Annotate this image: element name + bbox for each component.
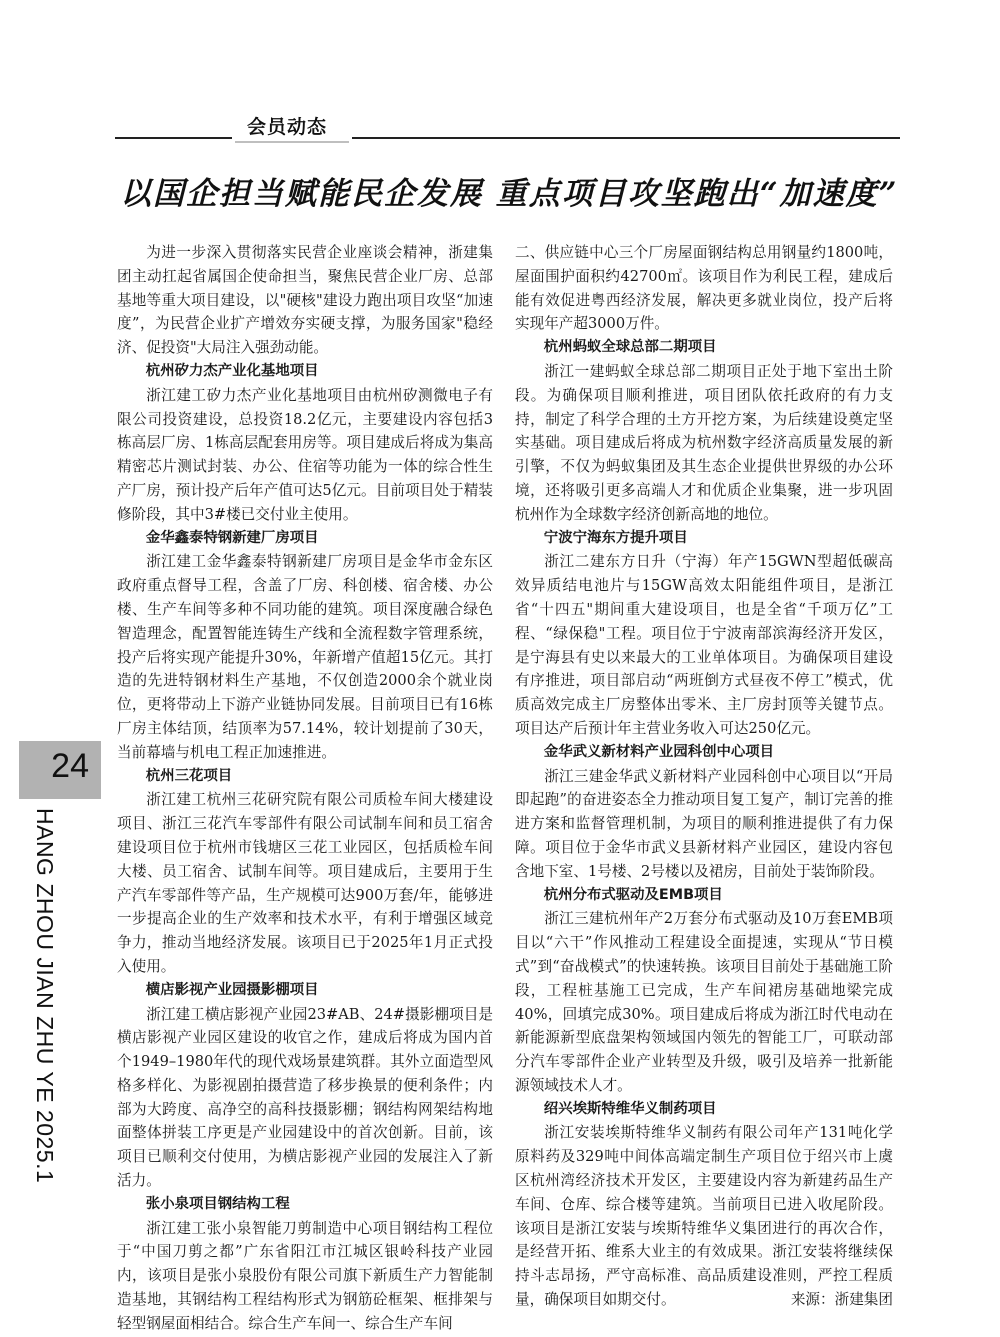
project-body: 浙江三建金华武义新材料产业园科创中心项目以“开局即起跑”的奋进姿态全力推动项目复… xyxy=(515,765,893,884)
header-rule-right xyxy=(352,137,900,139)
magazine-name-vertical: HANG ZHOU JIAN ZHU YE 2025.1 xyxy=(31,808,58,1183)
project-body: 浙江一建蚂蚁全球总部二期项目正处于地下室出土阶段。为确保项目顺利推进，项目团队依… xyxy=(515,360,893,527)
header-rule-left xyxy=(115,137,232,139)
project-body: 浙江安装埃斯特维华义制药有限公司年产131吨化学原料药及329吨中间体高端定制生… xyxy=(515,1121,893,1311)
project-body: 浙江三建杭州年产2万套分布式驱动及10万套EMB项目以“六干”作风推动工程建设全… xyxy=(515,907,893,1097)
page-number-box: 24 xyxy=(19,741,101,799)
section-header: 会员动态 xyxy=(115,108,900,148)
project-title: 杭州三花项目 xyxy=(117,765,493,789)
project-title: 宁波宁海东方提升项目 xyxy=(515,527,893,551)
section-label: 会员动态 xyxy=(247,112,327,139)
article-column-right: 二、供应链中心三个厂房屋面钢结构总用钢量约1800吨，屋面围护面积约42700㎡… xyxy=(515,241,893,1312)
project-title: 杭州蚂蚁全球总部二期项目 xyxy=(515,336,893,360)
project-body: 浙江二建东方日升（宁海）年产15GWN型超低碳高效异质结电池片与15GW高效太阳… xyxy=(515,550,893,740)
article-headline: 以国企担当赋能民企发展 重点项目攻坚跑出“加速度” xyxy=(120,168,910,213)
project-body-continuation: 二、供应链中心三个厂房屋面钢结构总用钢量约1800吨，屋面围护面积约42700㎡… xyxy=(515,241,893,336)
project-body: 浙江建工横店影视产业园23#AB、24#摄影棚项目是横店影视产业园区建设的收官之… xyxy=(117,1003,493,1193)
project-title: 金华鑫泰特钢新建厂房项目 xyxy=(117,527,493,551)
project-title: 横店影视产业园摄影棚项目 xyxy=(117,979,493,1003)
project-title: 杭州分布式驱动及EMB项目 xyxy=(515,884,893,908)
project-title: 金华武义新材料产业园科创中心项目 xyxy=(515,741,893,765)
project-body: 浙江建工杭州三花研究院有限公司质检车间大楼建设项目、浙江三花汽车零部件有限公司试… xyxy=(117,788,493,978)
project-title: 杭州矽力杰产业化基地项目 xyxy=(117,360,493,384)
section-label-underline xyxy=(235,141,349,143)
project-body: 浙江建工矽力杰产业化基地项目由杭州矽测微电子有限公司投资建设，总投资18.2亿元… xyxy=(117,384,493,527)
project-body: 浙江建工金华鑫泰特钢新建厂房项目是金华市金东区政府重点督导工程，含盖了厂房、科创… xyxy=(117,550,493,764)
project-title: 张小泉项目钢结构工程 xyxy=(117,1193,493,1217)
article-column-left: 为进一步深入贯彻落实民营企业座谈会精神，浙建集团主动扛起省属国企使命担当，聚焦民… xyxy=(117,241,493,1336)
project-body: 浙江建工张小泉智能刀剪制造中心项目钢结构工程位于“中国刀剪之都”广东省阳江市江城… xyxy=(117,1217,493,1336)
article-intro: 为进一步深入贯彻落实民营企业座谈会精神，浙建集团主动扛起省属国企使命担当，聚焦民… xyxy=(117,241,493,360)
project-title: 绍兴埃斯特维华义制药项目 xyxy=(515,1098,893,1122)
page-number: 24 xyxy=(51,747,89,786)
